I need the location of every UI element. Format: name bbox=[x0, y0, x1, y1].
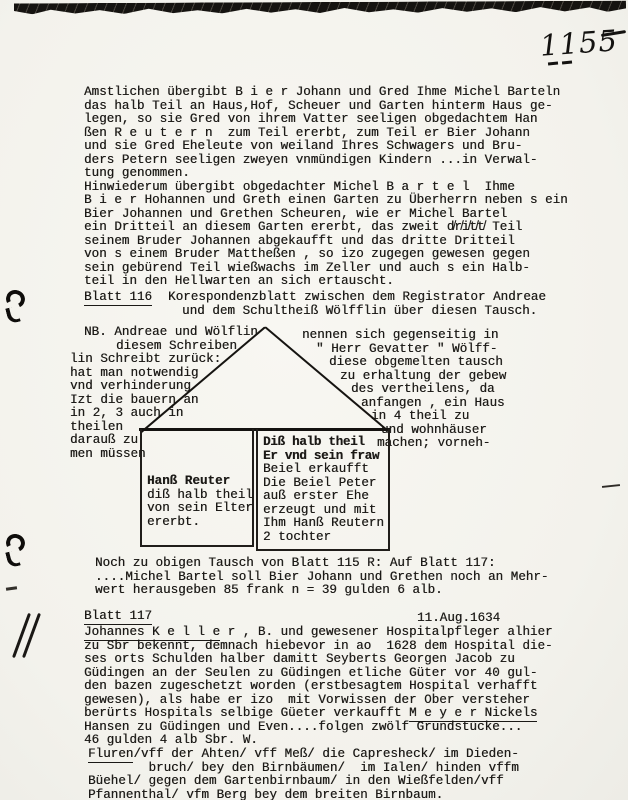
meyer-line-prefix: berürts Hospitals selbige Güeter verkauf… bbox=[84, 706, 409, 720]
intro-line: ein Dritteil an diesem Garten ererbt, da… bbox=[84, 221, 568, 235]
noch-line: wert herausgeben 85 frank n = 39 gulden … bbox=[95, 584, 548, 598]
keller-line-rest: r , B. und gewesener Hospitalpfleger alh… bbox=[220, 625, 553, 639]
house-left-box: Hanß Reuter diß halb theil von sein Elte… bbox=[140, 429, 254, 547]
slash-bar bbox=[12, 613, 31, 658]
blatt-116-header: Blatt 116 Korespondenzblatt zwischen dem… bbox=[84, 291, 546, 318]
house-right-box-line: auß erster Ehe bbox=[263, 490, 388, 504]
intro-line: legen, so sie Gred von ihrem Vatter seel… bbox=[84, 113, 568, 127]
stray-scan-mark bbox=[6, 586, 17, 591]
nb-left-line: NB. Andreae und Wölflin bbox=[84, 326, 258, 340]
intro-line: sein gebürend Teil wießwachs im Zeller u… bbox=[84, 262, 568, 276]
noch-line: Noch zu obigen Tausch von Blatt 115 R: A… bbox=[95, 557, 548, 571]
blatt-117-line: Hansen zu Güdingen und Even....folgen zw… bbox=[84, 721, 553, 735]
blatt-116-label: Blatt 116 bbox=[84, 291, 152, 306]
fluren-paragraph: Fluren/vff der Ahten/ vff Meß/ die Capre… bbox=[88, 748, 519, 800]
nb-left-line: hat man notwendig bbox=[70, 367, 258, 381]
blatt-117-line: gewesen), als habe er izo mit Vorwissen … bbox=[84, 694, 553, 708]
house-left-box-line: von sein Elter bbox=[147, 502, 252, 516]
punch-hole-tail bbox=[5, 550, 21, 568]
house-right-box-line: Die Beiel Peter bbox=[263, 477, 388, 491]
house-right-box-line: Diß halb theil bbox=[263, 436, 388, 450]
intro-line: das halb Teil an Haus,Hof, Scheuer und G… bbox=[84, 100, 568, 114]
intro-line: teil in den Hellwarten an sich ertauscht… bbox=[84, 275, 568, 289]
house-right-box-line: erzeugt und mit bbox=[263, 504, 388, 518]
nb-left-line: Izt die bauern an bbox=[70, 394, 258, 408]
intro-line: von s einem Bruder Mattheßen , so izo zu… bbox=[84, 248, 568, 262]
fluren-line: Pfannenthal/ vfm Berg bey dem breiten Bi… bbox=[88, 789, 519, 800]
house-right-box-line: Beiel erkaufft bbox=[263, 463, 388, 477]
house-left-box-line: diß halb theil bbox=[147, 489, 252, 503]
intro-line: Bier Johannen und Grethen Scheuren, wie … bbox=[84, 208, 568, 222]
intro-line: Hinwiederum übergibt obgedachter Michel … bbox=[84, 181, 568, 195]
noch-note-paragraph: Noch zu obigen Tausch von Blatt 115 R: A… bbox=[95, 557, 548, 598]
torn-edge-artifact bbox=[14, 1, 626, 15]
intro-line: tung genommen. bbox=[84, 167, 568, 181]
nb-right-line: anfangen , ein Haus bbox=[361, 397, 506, 411]
blatt-117-line: den bazen zugeschetzt worden (erstbesagt… bbox=[84, 680, 553, 694]
blatt-116-title: Korespondenzblatt zwischen dem Registrat… bbox=[168, 291, 546, 318]
blatt-117-line: 46 gulden 4 alb Sbr. W. bbox=[84, 734, 553, 748]
house-left-box-line: Hanß Reuter bbox=[147, 475, 252, 489]
nb-left-line: vnd verhinderung bbox=[70, 380, 258, 394]
intro-line: und sie Gred Eheleute von weiland Ihres … bbox=[84, 140, 568, 154]
house-left-box-line: ererbt. bbox=[147, 516, 252, 530]
blatt-116-title-line: Korespondenzblatt zwischen dem Registrat… bbox=[168, 291, 546, 305]
blatt-117-line: Güdingen an der Seulen zu Güdingen etlic… bbox=[84, 667, 553, 681]
intro-paragraph: Amstlichen übergibt B i e r Johann und G… bbox=[84, 86, 568, 289]
noch-line: ....Michel Bartel soll Bier Johann und G… bbox=[95, 571, 548, 585]
blatt-117-paragraph: Johannes K e l l e r , B. und gewesener … bbox=[84, 626, 553, 748]
house-right-box: Diß halb theil Er vnd sein fraw Beiel er… bbox=[256, 429, 390, 551]
house-right-box-line: Ihm Hanß Reutern bbox=[263, 517, 388, 531]
nb-right-line: in 4 theil zu bbox=[371, 410, 506, 424]
stray-scan-mark bbox=[602, 484, 620, 488]
page-number-text: 1155 bbox=[539, 23, 619, 62]
nb-right-line: nennen sich gegenseitig in bbox=[302, 329, 506, 343]
document-page: 1155 Amstlichen übergibt B i e r Johann … bbox=[0, 0, 628, 800]
punch-hole-mark bbox=[4, 290, 24, 324]
fluren-line: bruch/ bey den Birnbäumen/ im Ialen/ hin… bbox=[88, 762, 519, 776]
fluren-line: Fluren/vff der Ahten/ vff Meß/ die Capre… bbox=[88, 748, 519, 762]
nb-right-line: " Herr Gevatter " Wölff- bbox=[316, 343, 506, 357]
punch-hole-mark bbox=[4, 534, 24, 568]
house-right-box-line: 2 tochter bbox=[263, 531, 388, 545]
intro-line: ßen R e u t e r n zum Teil ererbt, zum T… bbox=[84, 127, 568, 141]
blatt-117-line: berürts Hospitals selbige Güeter verkauf… bbox=[84, 707, 553, 721]
intro-line: seinem Bruder Johannen abgekaufft und da… bbox=[84, 235, 568, 249]
fluren-line-rest: /vff der Ahten/ vff Meß/ die Capresheck/… bbox=[133, 747, 518, 761]
blatt-117-label: Blatt 117 bbox=[84, 609, 152, 625]
nb-right-line: diese obgemelten tausch bbox=[329, 356, 506, 370]
nb-right-line: und wohnhäuser bbox=[381, 424, 506, 438]
house-right-box-line: Er vnd sein fraw bbox=[263, 450, 388, 464]
punch-hole-tail bbox=[5, 306, 21, 324]
blatt-117-line: ses orts Schulden halber damitt Seyberts… bbox=[84, 653, 553, 667]
blatt-117-header: Blatt 117 bbox=[84, 606, 152, 624]
fluren-line: Büehel/ gegen dem Gartenbirnbaum/ in den… bbox=[88, 775, 519, 789]
nb-right-line: des vertheilens, da bbox=[351, 383, 506, 397]
document-date: 11.Aug.1634 bbox=[417, 612, 500, 626]
blatt-117-line: Johannes K e l l e r , B. und gewesener … bbox=[84, 626, 553, 640]
blatt-116-title-line: und dem Schultheiß Wölfflin über diesen … bbox=[168, 305, 546, 319]
intro-line: Amstlichen übergibt B i e r Johann und G… bbox=[84, 86, 568, 100]
nb-right-line: zu erhaltung der gebew bbox=[340, 370, 506, 384]
margin-slash-annotation bbox=[20, 612, 46, 662]
nb-right-line: machen; vorneh- bbox=[377, 437, 506, 451]
intro-line: ders Petern seeligen zweyen vnmündigen K… bbox=[84, 154, 568, 168]
intro-line: B i e r Hohannen und Greth einen Garten … bbox=[84, 194, 568, 208]
blatt-117-line: zu Sbr bekennt, demnach hiebevor in ao 1… bbox=[84, 640, 553, 654]
